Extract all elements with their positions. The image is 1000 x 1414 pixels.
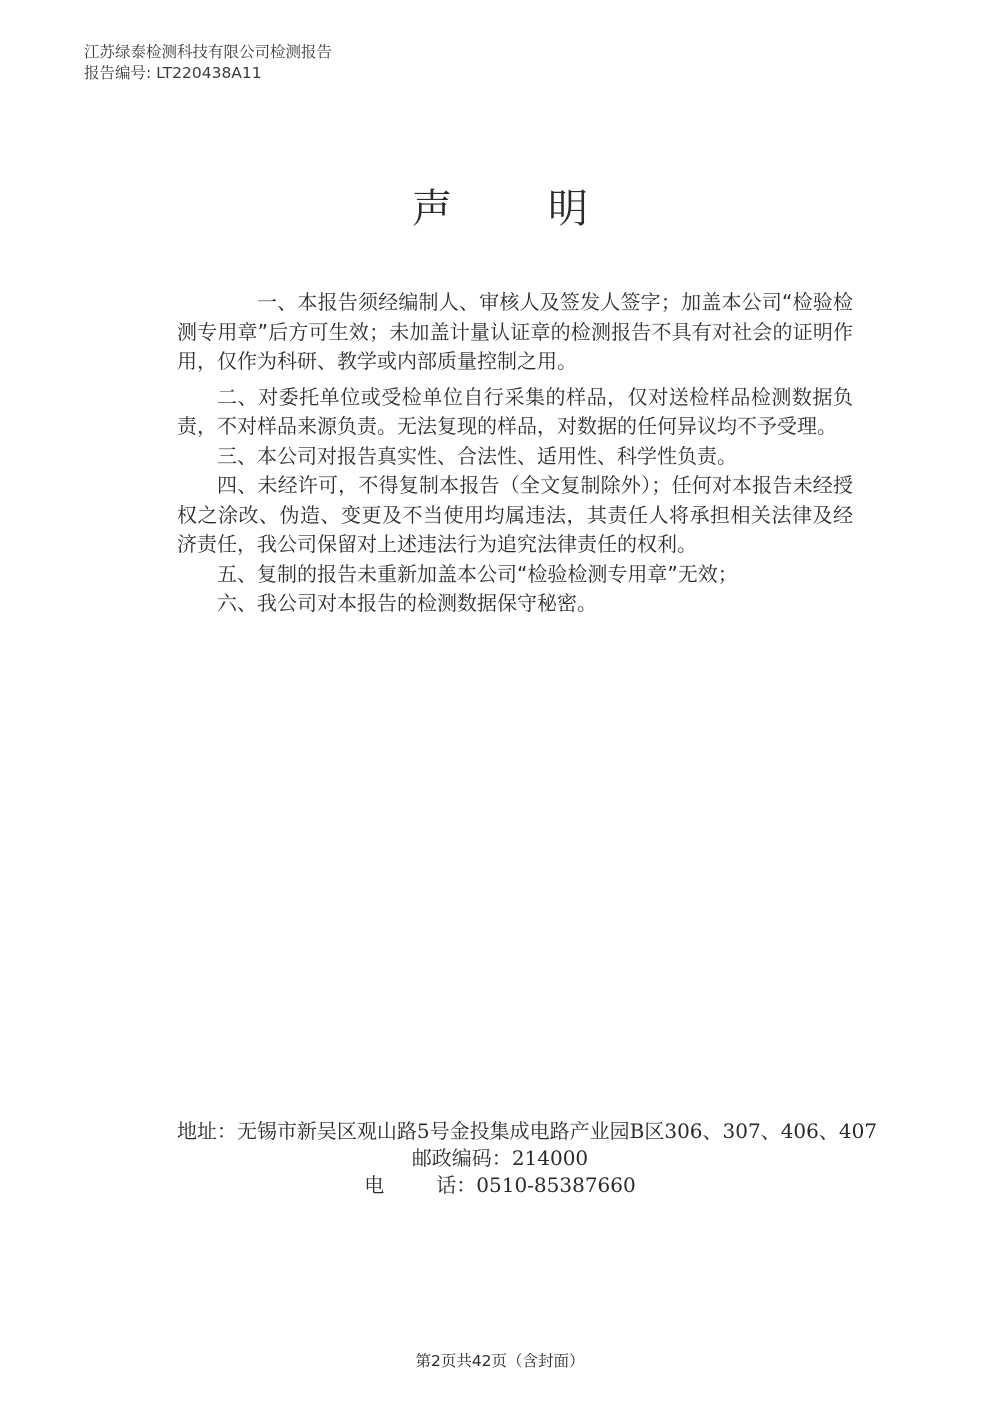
statement-item-4: 四、未经许可，不得复制本报告（全文复制除外）；任何对本报告未经授权之涂改、伪造、… — [177, 471, 853, 560]
report-number-line: 报告编号: LT220438A11 — [84, 63, 332, 84]
title-char-1: 声 — [412, 186, 452, 232]
phone-label-part-2: 话： — [436, 1173, 476, 1197]
title-char-2: 明 — [548, 186, 588, 232]
page-footer: 第2页共42页（含封面） — [0, 1351, 1000, 1371]
statement-item-5: 五、复制的报告未重新加盖本公司“检验检测专用章”无效； — [177, 560, 853, 590]
statement-item-1: 一、本报告须经编制人、审核人及签发人签字；加盖本公司“检验检测专用章”后方可生效… — [177, 288, 853, 377]
report-number-value: LT220438A11 — [156, 64, 261, 82]
page-header: 江苏绿泰检测科技有限公司检测报告 报告编号: LT220438A11 — [84, 42, 332, 84]
postcode-label: 邮政编码： — [412, 1146, 512, 1170]
address-value: 无锡市新吴区观山路5号金投集成电路产业园B区306、307、406、407 — [237, 1119, 877, 1143]
statement-item-6: 六、我公司对本报告的检测数据保守秘密。 — [177, 589, 853, 619]
postcode-value: 214000 — [512, 1146, 588, 1170]
statement-item-3: 三、本公司对报告真实性、合法性、适用性、科学性负责。 — [177, 442, 853, 472]
address-line: 地址：无锡市新吴区观山路5号金投集成电路产业园B区306、307、406、407 — [27, 1118, 1000, 1145]
address-label: 地址： — [177, 1119, 237, 1143]
postcode-line: 邮政编码：214000 — [0, 1145, 1000, 1172]
page-number: 第2页共42页（含封面） — [415, 1352, 584, 1370]
company-report-title: 江苏绿泰检测科技有限公司检测报告 — [84, 42, 332, 63]
phone-value: 0510-85387660 — [476, 1173, 635, 1197]
statement-item-2: 二、对委托单位或受检单位自行采集的样品，仅对送检样品检测数据负责，不对样品来源负… — [177, 383, 853, 442]
phone-line: 电话：0510-85387660 — [0, 1172, 1000, 1199]
contact-block: 地址：无锡市新吴区观山路5号金投集成电路产业园B区306、307、406、407… — [0, 1118, 1000, 1199]
statement-body: 一、本报告须经编制人、审核人及签发人签字；加盖本公司“检验检测专用章”后方可生效… — [177, 288, 853, 619]
phone-label-part-1: 电 — [364, 1173, 384, 1197]
report-number-label: 报告编号: — [84, 64, 151, 82]
page-title: 声明 — [0, 184, 1000, 234]
